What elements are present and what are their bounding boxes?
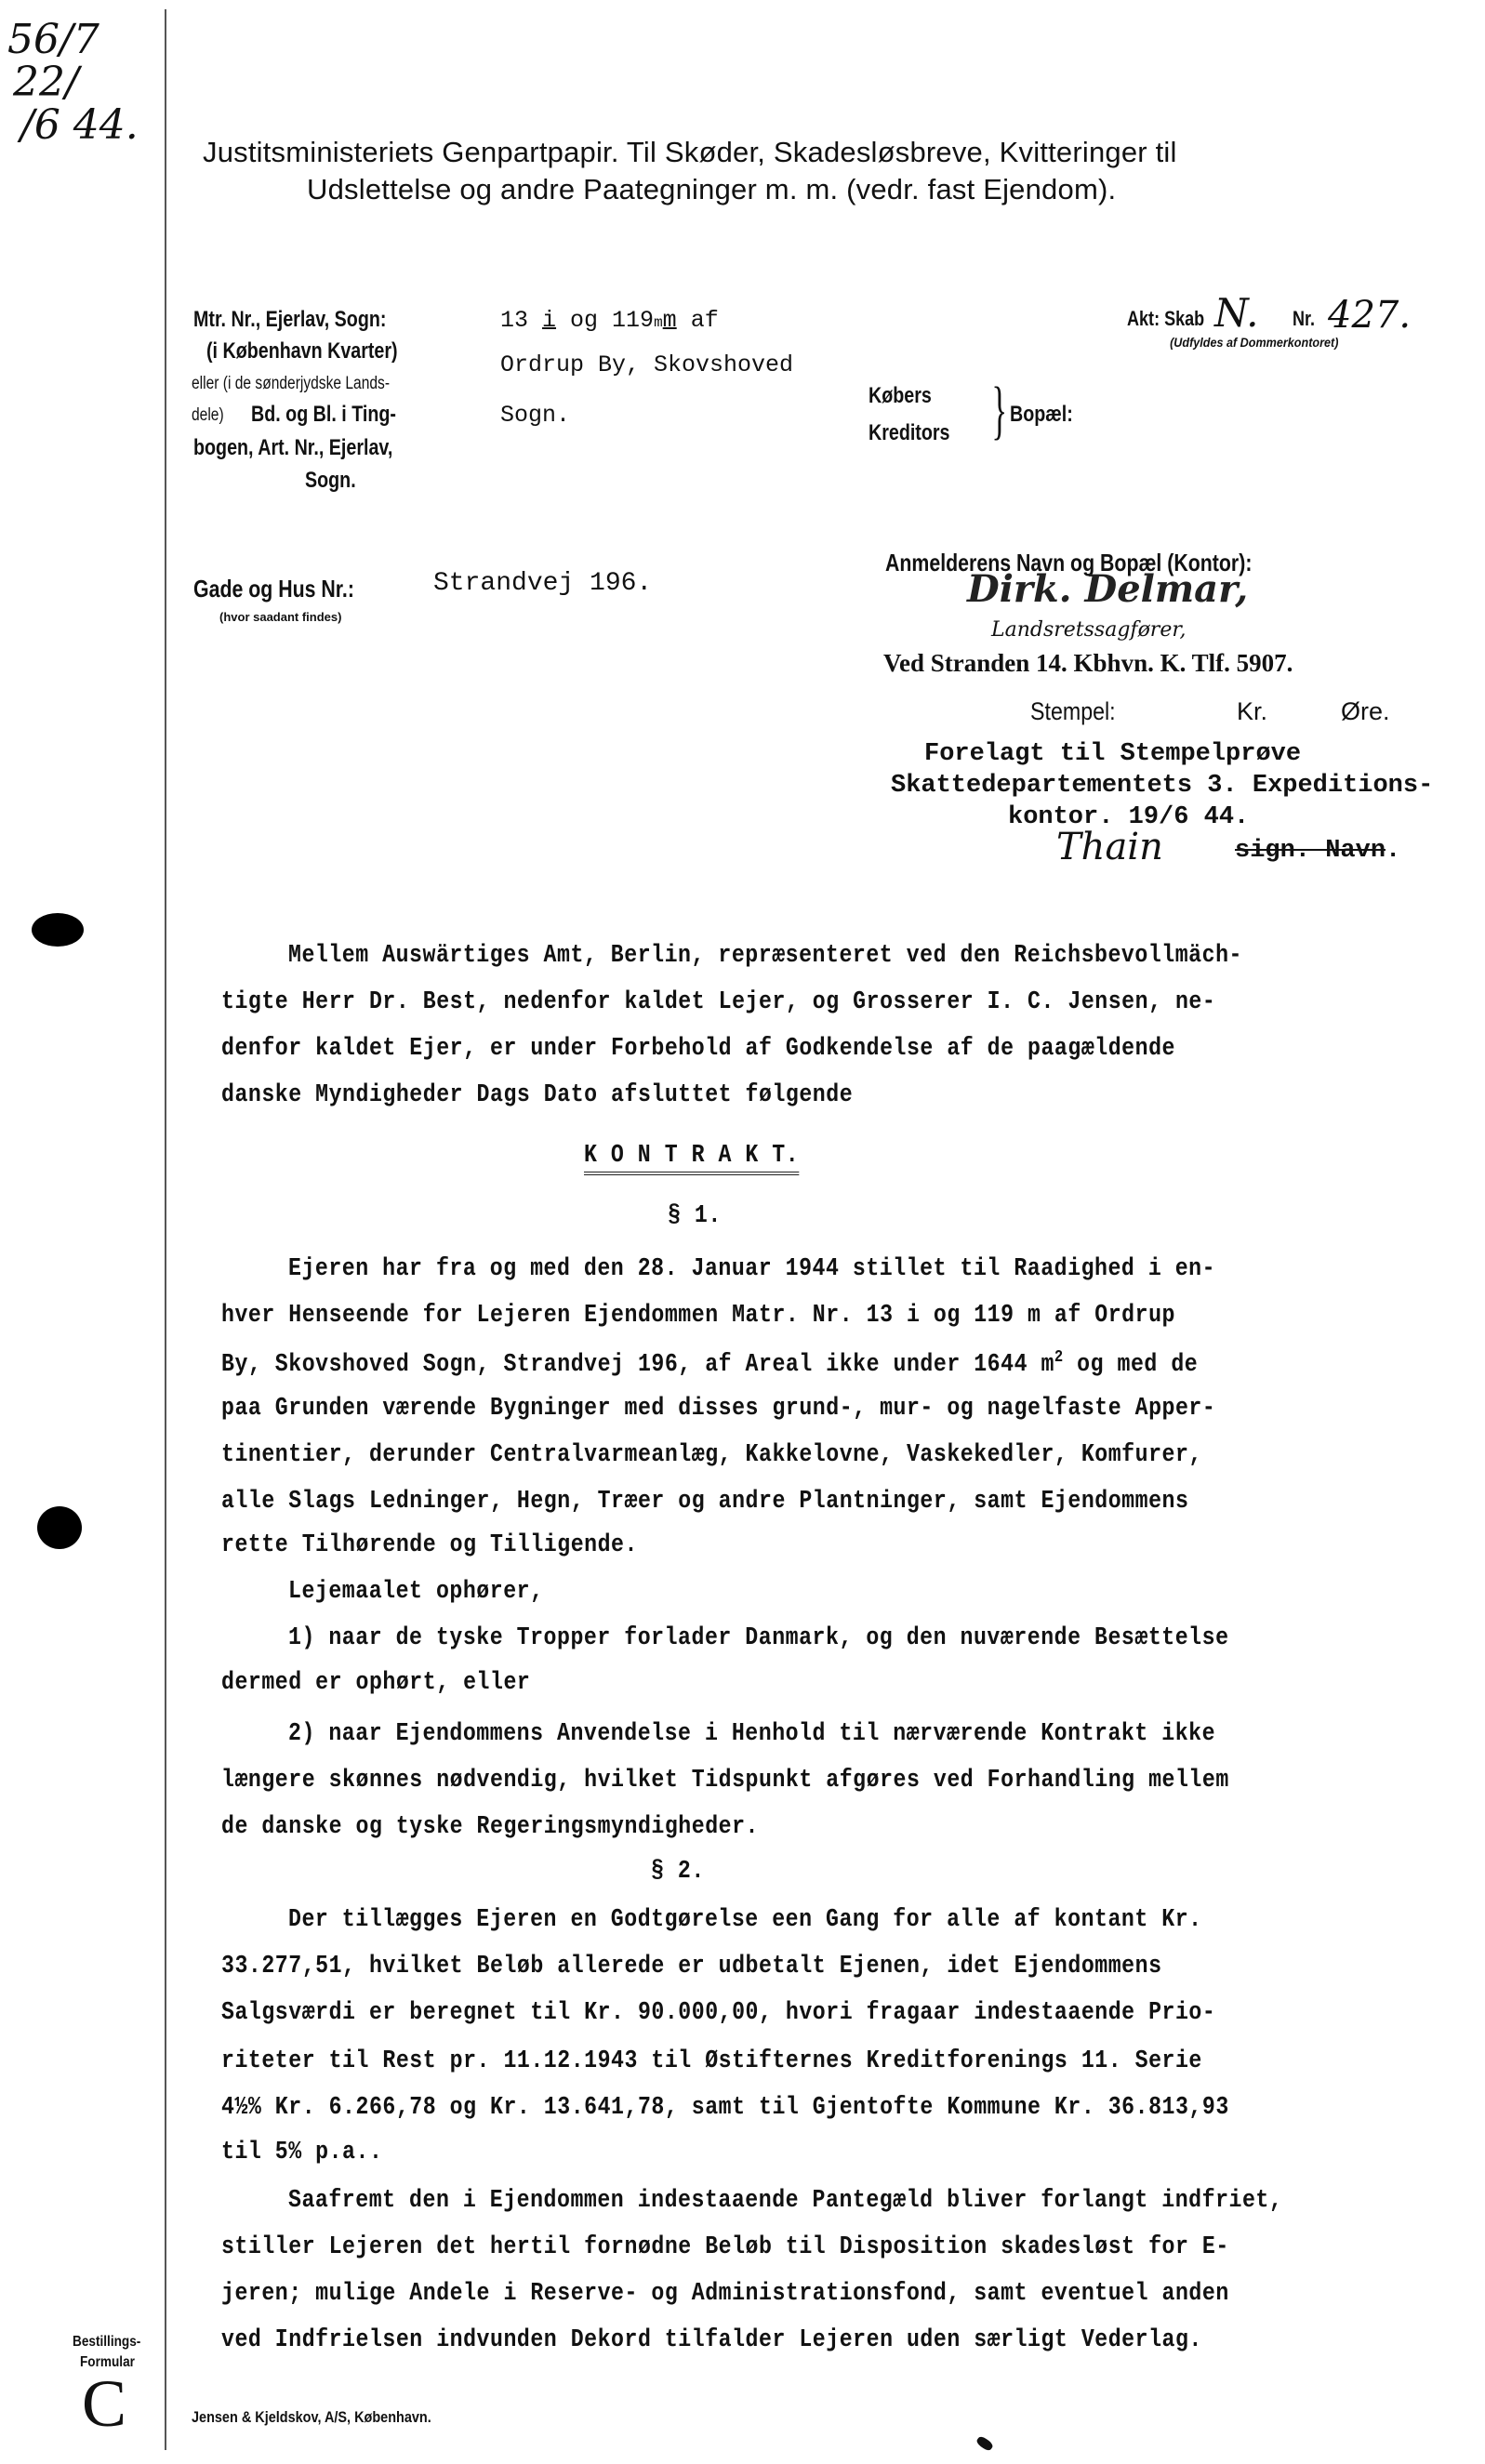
section-1-heading: § 1. [668,1202,722,1230]
section-1-line-4: paa Grunden værende Bygninger med disses… [221,1395,1215,1423]
handwritten-reference: 56/7 22/ /6 44. [7,19,139,147]
mtr-label-line-1: Mtr. Nr., Ejerlav, Sogn: [193,307,386,333]
stempel-label: Stempel: [1030,697,1116,726]
akt-nr-label: Nr. [1293,307,1315,331]
mtr-label-line-3: eller (i de sønderjydske Lands- [192,374,390,394]
section-2-line-9: jeren; mulige Andele i Reserve- og Admin… [221,2280,1229,2308]
mtr-label-line-7: Sogn. [305,468,356,494]
form-header-line-1: Justitsministeriets Genpartpapir. Til Sk… [203,136,1177,169]
mtr-label-line-4: dele) [192,405,224,426]
bopael-label: Bopæl: [1010,402,1073,428]
section-1-line-5: tinentier, derunder Centralvarmeanlæg, K… [221,1441,1202,1469]
mtr-label-line-2: (i København Kvarter) [206,338,398,364]
section-1-line-2: hver Henseende for Lejeren Ejendommen Ma… [221,1302,1175,1330]
section-2-heading: § 2. [651,1858,705,1886]
intro-line-1: Mellem Auswärtiges Amt, Berlin, repræsen… [288,942,1242,970]
section-2-line-3: Salgsværdi er beregnet til Kr. 90.000,00… [221,1999,1215,2027]
section-1-line-11: 2) naar Ejendommens Anvendelse i Henhold… [288,1720,1215,1748]
section-1-line-10: dermed er ophørt, eller [221,1669,530,1697]
section-2-line-2: 33.277,51, hvilket Beløb allerede er udb… [221,1953,1162,1980]
section-1-line-9: 1) naar de tyske Tropper forlader Danmar… [288,1624,1229,1652]
gade-value: Strandvej 196. [433,569,652,598]
handwritten-ref-line-1: 56/7 [7,19,139,61]
section-2-line-8: stiller Lejeren det hertil fornødne Belø… [221,2233,1229,2261]
anmelder-stamp-title: Landsretssagfører, [991,618,1186,642]
brace: } [991,374,1007,448]
section-2-line-10: ved Indfrielsen indvunden Dekord tilfald… [221,2326,1202,2354]
akt-skab-value: N. [1214,290,1258,336]
section-1-line-13: de danske og tyske Regeringsmyndigheder. [221,1813,759,1841]
punch-hole-top [32,913,84,947]
section-1-line-3: By, Skovshoved Sogn, Strandvej 196, af A… [221,1348,1198,1379]
section-1-line-1: Ejeren har fra og med den 28. Januar 194… [288,1255,1215,1283]
section-2-line-6: til 5% p.a.. [221,2139,382,2166]
stempel-kr: Kr. [1237,697,1267,726]
margin-rule [165,9,166,2450]
order-form-label-1: Bestillings- [73,2334,140,2351]
printer-imprint: Jensen & Kjeldskov, A/S, København. [192,2408,431,2427]
handwritten-ref-line-2: 22/ [13,61,139,104]
section-2-line-4: riteter til Rest pr. 11.12.1943 til Østi… [221,2047,1202,2075]
gade-label: Gade og Hus Nr.: [193,575,354,603]
form-header-line-2: Udslettelse og andre Paategninger m. m. … [307,173,1116,206]
ink-blot [975,2435,994,2453]
intro-line-4: danske Myndigheder Dags Dato afsluttet f… [221,1081,853,1109]
anmelder-stamp-name: Dirk. Delmar, [967,567,1248,611]
akt-skab-label: Akt: Skab [1127,307,1204,331]
mtr-value-line-2: Ordrup By, Skovshoved [500,351,793,378]
contract-title: K O N T R A K T. [584,1142,799,1170]
mtr-value-line-3: Sogn. [500,402,570,429]
kobers-label: Købers [868,383,932,409]
stempelprove-line-1: Forelagt til Stempelprøve [924,740,1301,768]
section-2-line-1: Der tillægges Ejeren en Godtgørelse een … [288,1906,1202,1934]
gade-note: (hvor saadant findes) [219,610,341,624]
kreditors-label: Kreditors [868,420,949,446]
handwritten-ref-line-3: /6 44. [20,104,139,147]
section-2-line-5: 4½% Kr. 6.266,78 og Kr. 13.641,78, samt … [221,2094,1229,2122]
stempelprove-struck: sign. Navn. [1235,837,1400,865]
section-2-line-7: Saafremt den i Ejendommen indestaaende P… [288,2187,1282,2215]
intro-line-2: tigte Herr Dr. Best, nedenfor kaldet Lej… [221,988,1215,1016]
section-1-line-7: rette Tilhørende og Tilligende. [221,1531,638,1559]
mtr-label-line-6: bogen, Art. Nr., Ejerlav, [193,435,392,461]
section-1-line-8: Lejemaalet ophører, [288,1578,544,1606]
intro-line-3: denfor kaldet Ejer, er under Forbehold a… [221,1035,1175,1063]
order-form-letter: C [82,2366,126,2441]
stempelprove-signature: Thain [1056,826,1163,868]
stempel-ore: Øre. [1341,697,1390,726]
mtr-label-line-5: Bd. og Bl. i Ting- [251,402,396,428]
section-1-line-6: alle Slags Ledninger, Hegn, Træer og and… [221,1488,1188,1516]
akt-note: (Udfyldes af Dommerkontoret) [1170,335,1338,350]
akt-nr-value: 427. [1328,294,1411,337]
section-1-line-12: længere skønnes nødvendig, hvilket Tidsp… [221,1767,1229,1795]
punch-hole-bottom [37,1506,82,1549]
stempelprove-line-2: Skattedepartementets 3. Expeditions- [891,772,1433,800]
anmelder-stamp-address: Ved Stranden 14. Kbhvn. K. Tlf. 5907. [883,649,1293,678]
mtr-value-line-1: 13 i og 119mm af [500,307,719,334]
